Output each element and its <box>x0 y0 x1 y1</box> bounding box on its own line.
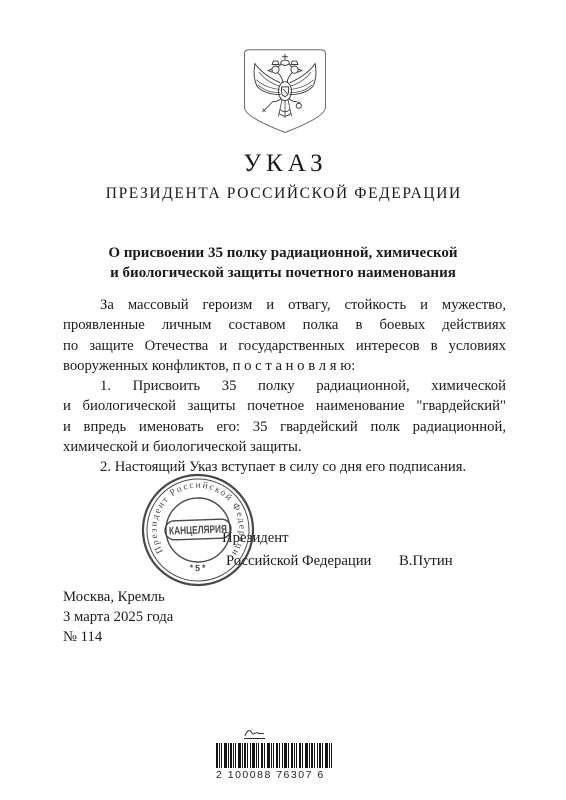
barcode-digits: 2 100088 76307 6 <box>216 769 334 781</box>
annotation-mark-icon <box>243 727 267 742</box>
decree-subject-line-2: и биологической защиты почетного наимено… <box>0 264 566 284</box>
decree-body: За массовый героизм и отвагу, стойкость … <box>63 295 506 478</box>
document-title: УКАЗ <box>0 150 566 178</box>
body-line: и биологической защиты почетное наименов… <box>63 396 506 416</box>
decree-subject-heading: О присвоении 35 полку радиационной, хими… <box>0 244 566 283</box>
body-line: 1. Присвоить 35 полку радиационной, хими… <box>63 376 506 396</box>
footer-date: 3 марта 2025 года <box>63 609 173 626</box>
body-line: химической и биологической защиты. <box>63 437 506 457</box>
decree-subject-line-1: О присвоении 35 полку радиационной, хими… <box>0 244 566 264</box>
body-line: по защите Отечества и государственных ин… <box>63 336 506 356</box>
body-line: и впредь именовать его: 35 гвардейский п… <box>63 417 506 437</box>
body-line: вооруженных конфликтов, п о с т а н о в … <box>63 356 506 376</box>
body-line: 2. Настоящий Указ вступает в силу со дня… <box>63 457 506 477</box>
document-subtitle: ПРЕЗИДЕНТА РОССИЙСКОЙ ФЕДЕРАЦИИ <box>0 185 566 203</box>
chancellery-stamp: Президент Российской Федерации * 5 * КАН… <box>137 469 259 591</box>
stamp-center-text: КАНЦЕЛЯРИЯ <box>169 523 227 537</box>
body-line: проявленные личным составом полка в боев… <box>63 315 506 335</box>
footer-decree-number: № 114 <box>63 629 102 646</box>
stamp-ring-bottom-text: * 5 * <box>188 562 207 574</box>
barcode-bars <box>216 743 334 768</box>
decree-page: УКАЗ ПРЕЗИДЕНТА РОССИЙСКОЙ ФЕДЕРАЦИИ О п… <box>0 0 566 800</box>
signature-name: В.Путин <box>399 553 453 570</box>
stamp-ring-text: Президент Российской Федерации <box>137 469 248 562</box>
body-line: За массовый героизм и отвагу, стойкость … <box>63 295 506 315</box>
footer-place: Москва, Кремль <box>63 589 165 606</box>
russian-coat-of-arms-icon <box>241 49 329 135</box>
